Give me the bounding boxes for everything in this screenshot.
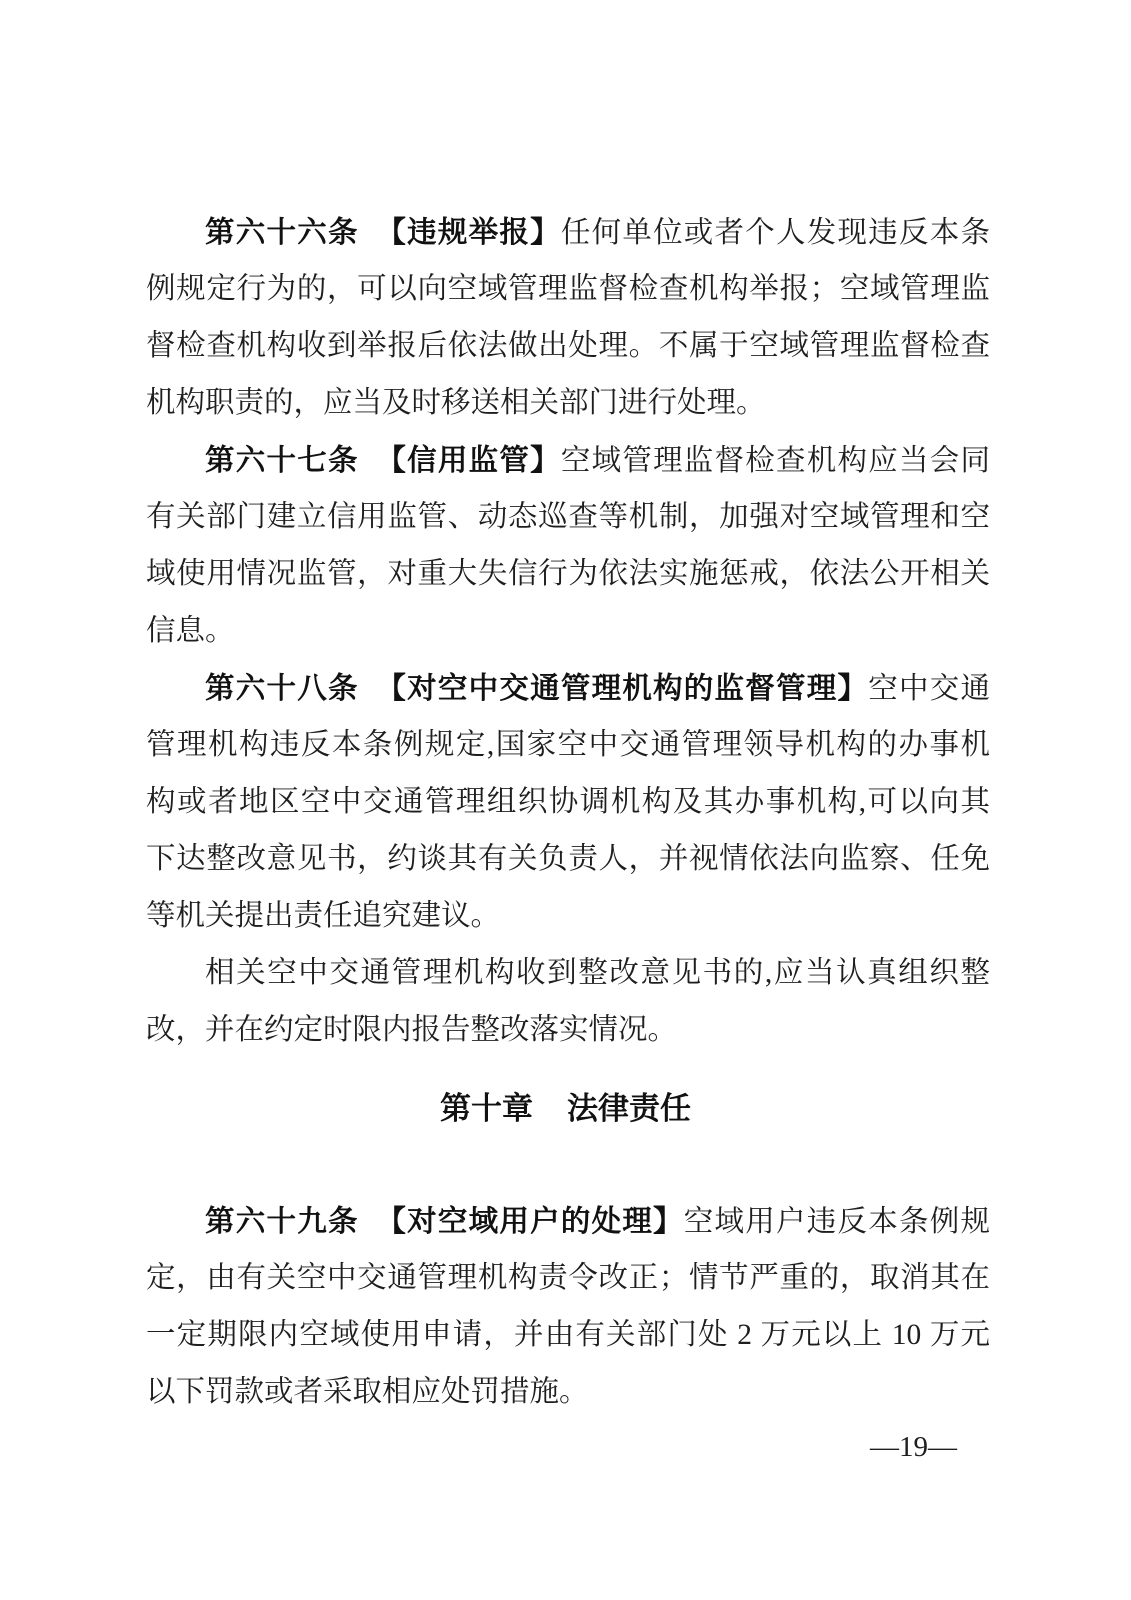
article-66-line-1: 第六十六条【违规举报】任何单位或者个人发现违反本条 <box>146 204 990 261</box>
document-page: 第六十六条【违规举报】任何单位或者个人发现违反本条 例规定行为的，可以向空域管理… <box>0 0 1131 1600</box>
article-67-text: 空域管理监督检查机构应当会同 <box>561 445 990 477</box>
chapter-title: 法律责任 <box>567 1091 691 1126</box>
article-68-line-4: 下达整改意见书，约谈其有关负责人，并视情依法向监察、任免 <box>146 831 990 888</box>
article-66-line-3: 督检查机构收到举报后依法做出处理。不属于空域管理监督检查 <box>146 318 990 375</box>
article-67-number: 第六十七条 <box>205 444 359 477</box>
article-69-tag: 【对空域用户的处理】 <box>376 1205 683 1238</box>
article-68-line-1: 第六十八条【对空中交通管理机构的监督管理】空中交通 <box>146 660 990 717</box>
article-68-tag: 【对空中交通管理机构的监督管理】 <box>376 672 868 705</box>
article-68-line-2: 管理机构违反本条例规定,国家空中交通管理领导机构的办事机 <box>146 717 990 774</box>
chapter-10-heading: 第十章法律责任 <box>0 1080 1131 1137</box>
article-68-line-3: 构或者地区空中交通管理组织协调机构及其办事机构,可以向其 <box>146 774 990 831</box>
article-68-text: 空中交通 <box>868 673 990 705</box>
article-68-para2-line-2: 改，并在约定时限内报告整改落实情况。 <box>146 1002 990 1059</box>
article-68-line-5: 等机关提出责任追究建议。 <box>146 888 990 945</box>
article-67-line-2: 有关部门建立信用监管、动态巡查等机制，加强对空域管理和空 <box>146 489 990 546</box>
article-66-text: 任何单位或者个人发现违反本条 <box>561 217 990 249</box>
article-67-line-4: 信息。 <box>146 603 990 660</box>
article-66-tag: 【违规举报】 <box>376 216 560 249</box>
article-66-line-4: 机构职责的，应当及时移送相关部门进行处理。 <box>146 375 990 432</box>
article-67-line-3: 域使用情况监管，对重大失信行为依法实施惩戒，依法公开相关 <box>146 546 990 603</box>
article-66-line-2: 例规定行为的，可以向空域管理监督检查机构举报；空域管理监 <box>146 261 990 318</box>
article-66-number: 第六十六条 <box>205 216 359 249</box>
article-68-para2-line-1: 相关空中交通管理机构收到整改意见书的,应当认真组织整 <box>146 945 990 1002</box>
article-68-number: 第六十八条 <box>205 672 359 705</box>
main-text-block: 第六十六条【违规举报】任何单位或者个人发现违反本条 例规定行为的，可以向空域管理… <box>146 204 990 1059</box>
article-69-number: 第六十九条 <box>205 1205 359 1238</box>
article-67-tag: 【信用监管】 <box>376 444 560 477</box>
article-69-line-2: 定，由有关空中交通管理机构责令改正；情节严重的，取消其在 <box>146 1250 990 1307</box>
article-67-line-1: 第六十七条【信用监管】空域管理监督检查机构应当会同 <box>146 432 990 489</box>
page-number: —19— <box>870 1424 957 1470</box>
article-69-line-1: 第六十九条【对空域用户的处理】空域用户违反本条例规 <box>146 1193 990 1250</box>
article-69-block: 第六十九条【对空域用户的处理】空域用户违反本条例规 定，由有关空中交通管理机构责… <box>146 1193 990 1421</box>
article-69-line-4: 以下罚款或者采取相应处罚措施。 <box>146 1364 990 1421</box>
chapter-number: 第十章 <box>440 1091 533 1126</box>
article-69-line-3: 一定期限内空域使用申请，并由有关部门处 2 万元以上 10 万元 <box>146 1307 990 1364</box>
article-69-text: 空域用户违反本条例规 <box>684 1206 990 1238</box>
